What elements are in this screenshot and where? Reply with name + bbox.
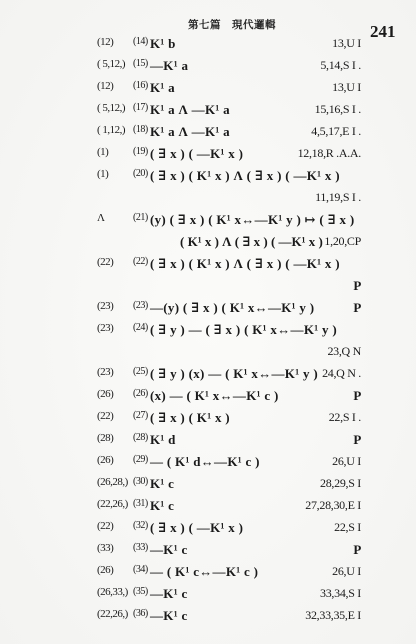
dependency-set: (22) xyxy=(97,256,113,268)
formula: —K¹ c xyxy=(150,542,188,558)
formula: —K¹ c xyxy=(150,586,188,602)
formula: (x) — ( K¹ x↔—K¹ c ) xyxy=(150,388,279,404)
dependency-set: (28) xyxy=(97,432,113,444)
dependency-set: (26,28,) xyxy=(97,476,128,488)
proof-line: P xyxy=(0,278,416,298)
proof-line: (23)(23)—(y) ( ∃ x ) ( K¹ x↔—K¹ y )P xyxy=(0,300,416,320)
justification: 5,14,S I . xyxy=(320,58,361,73)
dependency-set: (26) xyxy=(97,388,113,400)
formula: K¹ a xyxy=(150,80,175,96)
formula: K¹ b xyxy=(150,36,176,52)
line-number: (36) xyxy=(133,608,148,619)
proof-line: (23)(24)( ∃ y ) — ( ∃ x ) ( K¹ x↔—K¹ y ) xyxy=(0,322,416,342)
formula: K¹ c xyxy=(150,476,174,492)
proof-line: (22,26,)(36)—K¹ c32,33,35,E I xyxy=(0,608,416,628)
justification: 11,19,S I . xyxy=(315,190,361,205)
proof-line: (12)(16)K¹ a13,U I xyxy=(0,80,416,100)
formula: ( ∃ y ) — ( ∃ x ) ( K¹ x↔—K¹ y ) xyxy=(150,322,337,338)
dependency-set: (23) xyxy=(97,322,113,334)
line-number: (35) xyxy=(133,586,148,597)
dependency-set: (23) xyxy=(97,366,113,378)
proof-line: 23,Q N xyxy=(0,344,416,364)
justification: 15,16,S I . xyxy=(315,102,361,117)
dependency-set: (22,26,) xyxy=(97,498,128,510)
line-number: (20) xyxy=(133,168,148,179)
formula: ( ∃ x ) ( —K¹ x ) xyxy=(150,146,243,162)
line-number: (28) xyxy=(133,432,148,443)
dependency-set: ( 5,12,) xyxy=(97,102,125,114)
dependency-set: (1) xyxy=(97,168,108,180)
dependency-set: (26) xyxy=(97,454,113,466)
proof-line: ( K¹ x ) Λ ( ∃ x ) ( —K¹ x )1,20,CP xyxy=(0,234,416,254)
dependency-set: (22) xyxy=(97,410,113,422)
scanned-book-page: 第七篇 現代邏輯 241 (12)(14)K¹ b13,U I( 5,12,)(… xyxy=(0,0,416,644)
dependency-set: (12) xyxy=(97,80,113,92)
proof-line: (22)(27)( ∃ x ) ( K¹ x )22,S I . xyxy=(0,410,416,430)
justification: 1,20,CP xyxy=(324,234,361,249)
justification: 4,5,17,E I . xyxy=(311,124,361,139)
line-number: (19) xyxy=(133,146,148,157)
proof-line: (26)(29)— ( K¹ d↔—K¹ c )26,U I xyxy=(0,454,416,474)
dependency-set: (22) xyxy=(97,520,113,532)
justification: 26,U I xyxy=(332,564,361,579)
justification: 24,Q N . xyxy=(322,366,361,381)
formula: K¹ d xyxy=(150,432,176,448)
line-number: (34) xyxy=(133,564,148,575)
dependency-set: (26) xyxy=(97,564,113,576)
justification: P xyxy=(353,278,361,294)
proof-line: (23)(25)( ∃ y ) (x) — ( K¹ x↔—K¹ y )24,Q… xyxy=(0,366,416,386)
line-number: (22) xyxy=(133,256,148,267)
dependency-set: Λ xyxy=(97,212,104,224)
line-number: (17) xyxy=(133,102,148,113)
formula: —K¹ a xyxy=(150,58,188,74)
proof-line: (28)(28)K¹ dP xyxy=(0,432,416,452)
formula: K¹ c xyxy=(150,498,174,514)
justification: 13,U I xyxy=(332,80,361,95)
justification: 27,28,30,E I xyxy=(305,498,361,513)
justification: 23,Q N xyxy=(327,344,361,359)
line-number: (33) xyxy=(133,542,148,553)
dependency-set: (23) xyxy=(97,300,113,312)
justification: 32,33,35,E I xyxy=(305,608,361,623)
proof-line: (22)(32)( ∃ x ) ( —K¹ x )22,S I xyxy=(0,520,416,540)
justification: P xyxy=(353,542,361,558)
formula: ( ∃ x ) ( K¹ x ) xyxy=(150,410,230,426)
formula: ( K¹ x ) Λ ( ∃ x ) ( —K¹ x ) xyxy=(180,234,323,250)
justification: P xyxy=(353,300,361,316)
justification: 33,34,S I xyxy=(320,586,361,601)
line-number: (30) xyxy=(133,476,148,487)
proof-line: (22,26,)(31)K¹ c27,28,30,E I xyxy=(0,498,416,518)
dependency-set: (22,26,) xyxy=(97,608,128,620)
formula: ( ∃ x ) ( K¹ x ) Λ ( ∃ x ) ( —K¹ x ) xyxy=(150,256,340,272)
formula: —K¹ c xyxy=(150,608,188,624)
line-number: (24) xyxy=(133,322,148,333)
line-number: (21) xyxy=(133,212,148,223)
dependency-set: (1) xyxy=(97,146,108,158)
proof-line: ( 1,12,)(18)K¹ a Λ —K¹ a4,5,17,E I . xyxy=(0,124,416,144)
proof-line: 11,19,S I . xyxy=(0,190,416,210)
proof-line: (26,33,)(35)—K¹ c33,34,S I xyxy=(0,586,416,606)
formula: ( ∃ y ) (x) — ( K¹ x↔—K¹ y ) xyxy=(150,366,318,382)
proof-line: (26)(34)— ( K¹ c↔—K¹ c )26,U I xyxy=(0,564,416,584)
justification: 13,U I xyxy=(332,36,361,51)
line-number: (14) xyxy=(133,36,148,47)
line-number: (16) xyxy=(133,80,148,91)
justification: 22,S I . xyxy=(329,410,361,425)
proof-line: (22)(22)( ∃ x ) ( K¹ x ) Λ ( ∃ x ) ( —K¹… xyxy=(0,256,416,276)
chapter-header: 第七篇 現代邏輯 xyxy=(188,17,276,32)
line-number: (23) xyxy=(133,300,148,311)
proof-line: (26)(26)(x) — ( K¹ x↔—K¹ c )P xyxy=(0,388,416,408)
line-number: (27) xyxy=(133,410,148,421)
formula: —(y) ( ∃ x ) ( K¹ x↔—K¹ y ) xyxy=(150,300,314,316)
line-number: (26) xyxy=(133,388,148,399)
formula: ( ∃ x ) ( K¹ x ) Λ ( ∃ x ) ( —K¹ x ) xyxy=(150,168,340,184)
justification: 28,29,S I xyxy=(320,476,361,491)
justification: P xyxy=(353,432,361,448)
justification: P xyxy=(353,388,361,404)
line-number: (25) xyxy=(133,366,148,377)
formula: K¹ a Λ —K¹ a xyxy=(150,124,230,140)
line-number: (31) xyxy=(133,498,148,509)
proof-line: (33)(33)—K¹ cP xyxy=(0,542,416,562)
proof-line: ( 5,12,)(15)—K¹ a5,14,S I . xyxy=(0,58,416,78)
formula: — ( K¹ c↔—K¹ c ) xyxy=(150,564,258,580)
line-number: (32) xyxy=(133,520,148,531)
dependency-set: (12) xyxy=(97,36,113,48)
dependency-set: ( 5,12,) xyxy=(97,58,125,70)
formula: K¹ a Λ —K¹ a xyxy=(150,102,230,118)
justification: 12,18,R .A.A. xyxy=(298,146,361,161)
proof-line: Λ(21)(y) ( ∃ x ) ( K¹ x↔—K¹ y ) ↦ ( ∃ x … xyxy=(0,212,416,232)
formula: (y) ( ∃ x ) ( K¹ x↔—K¹ y ) ↦ ( ∃ x ) xyxy=(150,212,354,228)
proof-line: (12)(14)K¹ b13,U I xyxy=(0,36,416,56)
proof-line: ( 5,12,)(17)K¹ a Λ —K¹ a15,16,S I . xyxy=(0,102,416,122)
justification: 22,S I xyxy=(334,520,361,535)
line-number: (29) xyxy=(133,454,148,465)
dependency-set: ( 1,12,) xyxy=(97,124,125,136)
proof-line: (1)(20)( ∃ x ) ( K¹ x ) Λ ( ∃ x ) ( —K¹ … xyxy=(0,168,416,188)
formula: ( ∃ x ) ( —K¹ x ) xyxy=(150,520,243,536)
line-number: (18) xyxy=(133,124,148,135)
dependency-set: (26,33,) xyxy=(97,586,128,598)
proof-line: (1)(19)( ∃ x ) ( —K¹ x )12,18,R .A.A. xyxy=(0,146,416,166)
dependency-set: (33) xyxy=(97,542,113,554)
justification: 26,U I xyxy=(332,454,361,469)
line-number: (15) xyxy=(133,58,148,69)
formula: — ( K¹ d↔—K¹ c ) xyxy=(150,454,260,470)
proof-line: (26,28,)(30)K¹ c28,29,S I xyxy=(0,476,416,496)
